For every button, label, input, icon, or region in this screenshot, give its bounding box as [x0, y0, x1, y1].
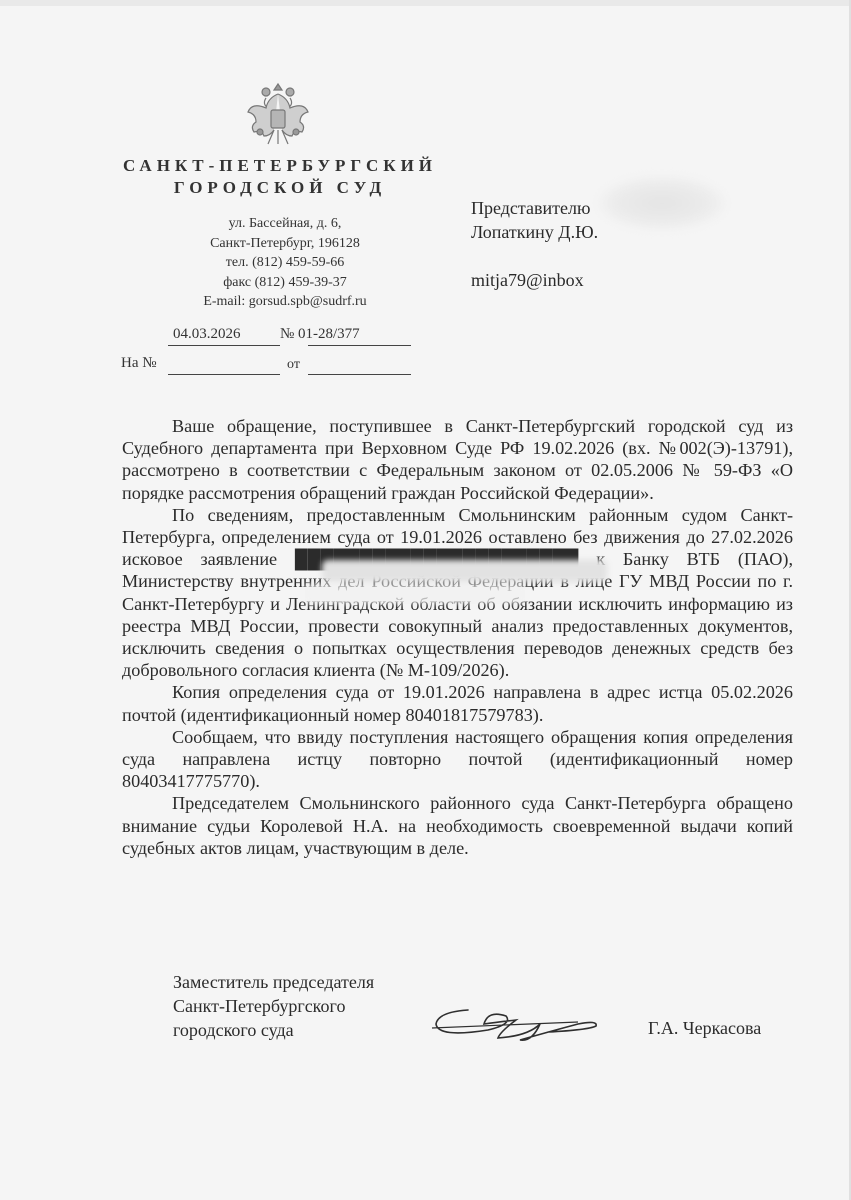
coat-of-arms-icon	[244, 80, 312, 152]
outgoing-number: 01-28/377	[298, 326, 360, 343]
recipient-email: mitja79@inbox	[471, 268, 598, 292]
court-name-line2: ГОРОДСКОЙ СУД	[120, 178, 440, 198]
recipient-line2: Лопаткину Д.Ю.	[471, 220, 598, 244]
recipient-line1: Представителю	[471, 196, 598, 220]
redacted-plaintiff-name	[322, 560, 607, 582]
signatory-title-line3: городского суда	[173, 1018, 374, 1042]
body-paragraph: Ваше обращение, поступившее в Санкт-Пете…	[122, 415, 793, 504]
court-name-line1: САНКТ-ПЕТЕРБУРГСКИЙ	[120, 156, 440, 176]
signatory-title-line2: Санкт-Петербургского	[173, 994, 374, 1018]
date-underline	[168, 345, 280, 346]
signatory-title: Заместитель председателя Санкт-Петербург…	[173, 970, 374, 1042]
court-address: ул. Бассейная, д. 6, Санкт-Петербург, 19…	[160, 214, 410, 312]
letter-page: САНКТ-ПЕТЕРБУРГСКИЙ ГОРОДСКОЙ СУД ул. Ба…	[0, 0, 851, 1200]
address-city: Санкт-Петербург, 196128	[160, 234, 410, 254]
redacted-recipient-name	[598, 176, 726, 230]
address-fax: факс (812) 459-39-37	[160, 273, 410, 293]
reply-to-label: На №	[121, 355, 157, 372]
signer-name: Г.А. Черкасова	[648, 1018, 761, 1039]
scan-edge-top	[0, 0, 851, 6]
address-phone: тел. (812) 459-59-66	[160, 253, 410, 273]
reply-date-underline	[308, 374, 411, 375]
recipient-block: Представителю Лопаткину Д.Ю. mitja79@inb…	[471, 196, 598, 292]
handwritten-signature-icon	[428, 1002, 603, 1046]
body-paragraph: Сообщаем, что ввиду поступления настояще…	[122, 726, 793, 793]
body-paragraph: Председателем Смольнинского районного су…	[122, 792, 793, 859]
letter-body: Ваше обращение, поступившее в Санкт-Пете…	[122, 415, 793, 859]
signatory-title-line1: Заместитель председателя	[173, 970, 374, 994]
from-label: от	[287, 357, 300, 373]
number-underline	[308, 345, 411, 346]
address-email: E-mail: gorsud.spb@sudrf.ru	[160, 292, 410, 312]
address-street: ул. Бассейная, д. 6,	[160, 214, 410, 234]
outgoing-number-label: №	[280, 326, 294, 343]
redaction-bleed	[305, 584, 525, 604]
outgoing-date: 04.03.2026	[173, 326, 241, 343]
reply-number-underline	[168, 374, 280, 375]
body-paragraph: Копия определения суда от 19.01.2026 нап…	[122, 681, 793, 725]
